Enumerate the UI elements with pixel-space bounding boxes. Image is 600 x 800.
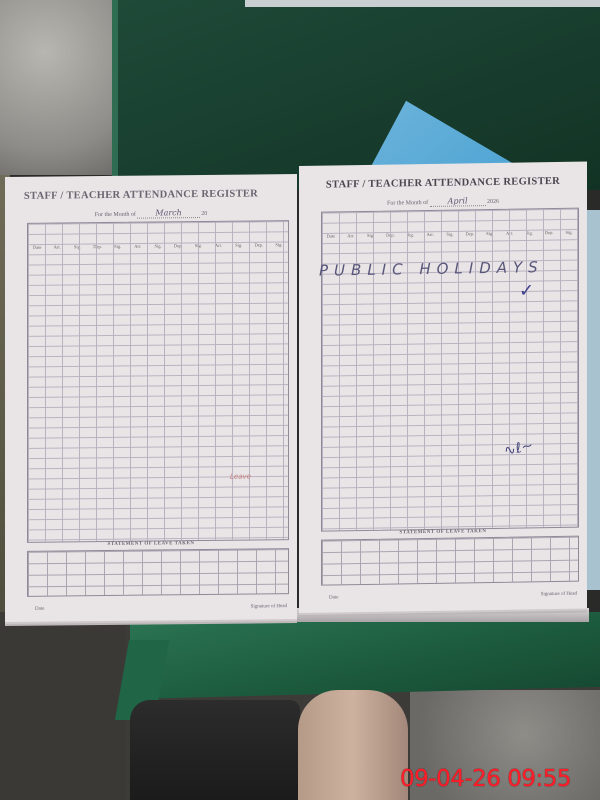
right-month-line: For the Month of April 2026 [299, 194, 587, 208]
page-footer: Date Signature of Head [35, 604, 287, 612]
camera-timestamp: 09-04-26 09:55 [400, 766, 571, 792]
attendance-register-book: STAFF / TEACHER ATTENDANCE REGISTER For … [5, 160, 590, 620]
page-footer: Date Signature of Head [329, 592, 577, 601]
footer-signature: Signature of Head [251, 604, 287, 609]
floor-background [0, 0, 112, 175]
green-cloth [130, 612, 600, 699]
black-bag [130, 700, 300, 800]
handwritten-initial-icon: ✓ [519, 280, 534, 301]
handwritten-red-note: Leave [230, 472, 251, 480]
leave-statement-table [27, 548, 289, 597]
leave-statement-table [321, 536, 579, 586]
handwritten-public-holidays: PUBLIC HOLIDAYS [319, 258, 544, 280]
footer-signature: Signature of Head [541, 592, 577, 598]
year-value: 20 [201, 211, 207, 217]
floor-bottom-left [0, 625, 125, 800]
person-arm [298, 690, 408, 800]
year-value: 2026 [487, 199, 499, 205]
left-month-line: For the Month of March 20 [5, 207, 297, 219]
footer-date: Date [35, 607, 44, 612]
left-page-title: STAFF / TEACHER ATTENDANCE REGISTER [5, 188, 287, 202]
paper-strip [245, 0, 600, 7]
month-value: March [137, 208, 199, 219]
right-page: STAFF / TEACHER ATTENDANCE REGISTER For … [299, 161, 587, 613]
attendance-grid [321, 208, 579, 532]
month-label: For the Month of [95, 212, 136, 218]
left-page: STAFF / TEACHER ATTENDANCE REGISTER For … [5, 174, 297, 622]
month-label: For the Month of [387, 200, 428, 207]
month-value: April [430, 196, 486, 207]
footer-date: Date [329, 595, 338, 600]
attendance-grid [27, 220, 289, 543]
right-page-title: STAFF / TEACHER ATTENDANCE REGISTER [299, 175, 587, 191]
